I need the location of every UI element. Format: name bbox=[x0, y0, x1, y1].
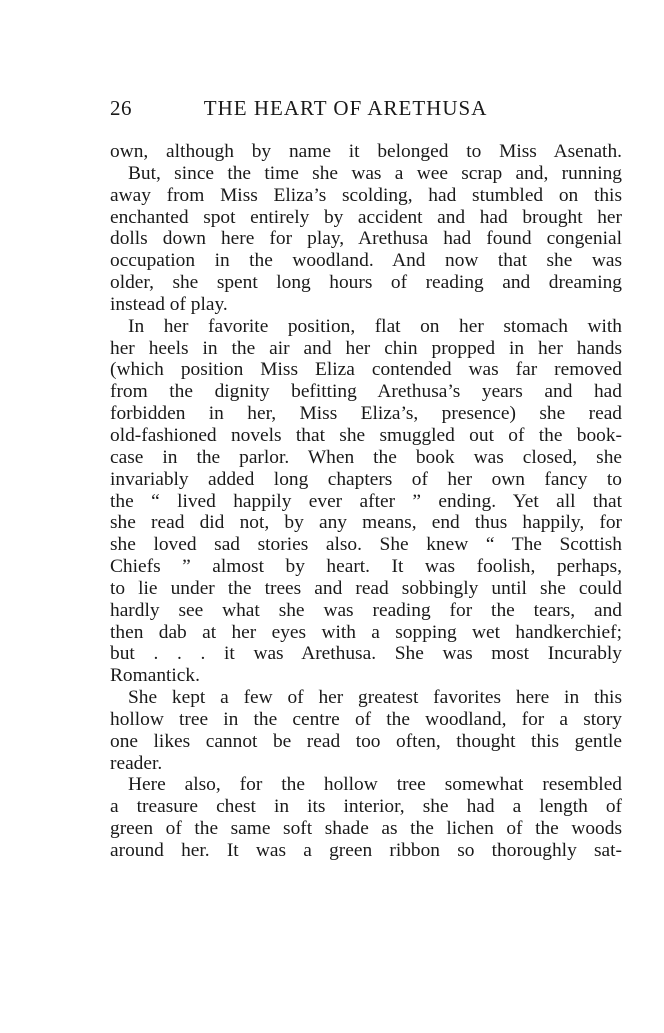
text-line: her heels in the air and her chin proppe… bbox=[110, 338, 622, 360]
text-line: Romantick. bbox=[110, 665, 622, 687]
text-line: reader. bbox=[110, 753, 622, 775]
text-line: she read did not, by any means, end thus… bbox=[110, 512, 622, 534]
text-line: from the dignity befitting Arethusa’s ye… bbox=[110, 381, 622, 403]
text-line: case in the parlor. When the book was cl… bbox=[110, 447, 622, 469]
text-line: she loved sad stories also. She knew “ T… bbox=[110, 534, 622, 556]
text-line: a treasure chest in its interior, she ha… bbox=[110, 796, 622, 818]
text-line: own, although by name it belonged to Mis… bbox=[110, 141, 622, 163]
text-line: to lie under the trees and read sobbingl… bbox=[110, 578, 622, 600]
text-line: She kept a few of her greatest favorites… bbox=[110, 687, 622, 709]
text-line: dolls down here for play, Arethusa had f… bbox=[110, 228, 622, 250]
text-line: hardly see what she was reading for the … bbox=[110, 600, 622, 622]
running-title: THE HEART OF ARETHUSA bbox=[204, 96, 488, 121]
text-line: instead of play. bbox=[110, 294, 622, 316]
text-line: away from Miss Eliza’s scolding, had stu… bbox=[110, 185, 622, 207]
text-line: hollow tree in the centre of the woodlan… bbox=[110, 709, 622, 731]
text-line: around her. It was a green ribbon so tho… bbox=[110, 840, 622, 862]
text-line: occupation in the woodland. And now that… bbox=[110, 250, 622, 272]
page-number: 26 bbox=[110, 96, 198, 121]
text-line: But, since the time she was a wee scrap … bbox=[110, 163, 622, 185]
text-line: Here also, for the hollow tree somewhat … bbox=[110, 774, 622, 796]
body-text: own, although by name it belonged to Mis… bbox=[110, 141, 622, 862]
text-line: old-fashioned novels that she smuggled o… bbox=[110, 425, 622, 447]
text-line: In her favorite position, flat on her st… bbox=[110, 316, 622, 338]
text-line: one likes cannot be read too often, thou… bbox=[110, 731, 622, 753]
text-line: green of the same soft shade as the lich… bbox=[110, 818, 622, 840]
text-line: enchanted spot entirely by accident and … bbox=[110, 207, 622, 229]
text-line: invariably added long chapters of her ow… bbox=[110, 469, 622, 491]
text-line: the “ lived happily ever after ” ending.… bbox=[110, 491, 622, 513]
text-line: older, she spent long hours of reading a… bbox=[110, 272, 622, 294]
text-line: forbidden in her, Miss Eliza’s, presence… bbox=[110, 403, 622, 425]
running-head: 26 THE HEART OF ARETHUSA bbox=[110, 96, 630, 124]
text-line: (which position Miss Eliza contended was… bbox=[110, 359, 622, 381]
text-line: but . . . it was Arethusa. She was most … bbox=[110, 643, 622, 665]
book-page: 26 THE HEART OF ARETHUSA own, although b… bbox=[0, 0, 664, 1033]
text-line: Chiefs ” almost by heart. It was foolish… bbox=[110, 556, 622, 578]
text-line: then dab at her eyes with a sopping wet … bbox=[110, 622, 622, 644]
